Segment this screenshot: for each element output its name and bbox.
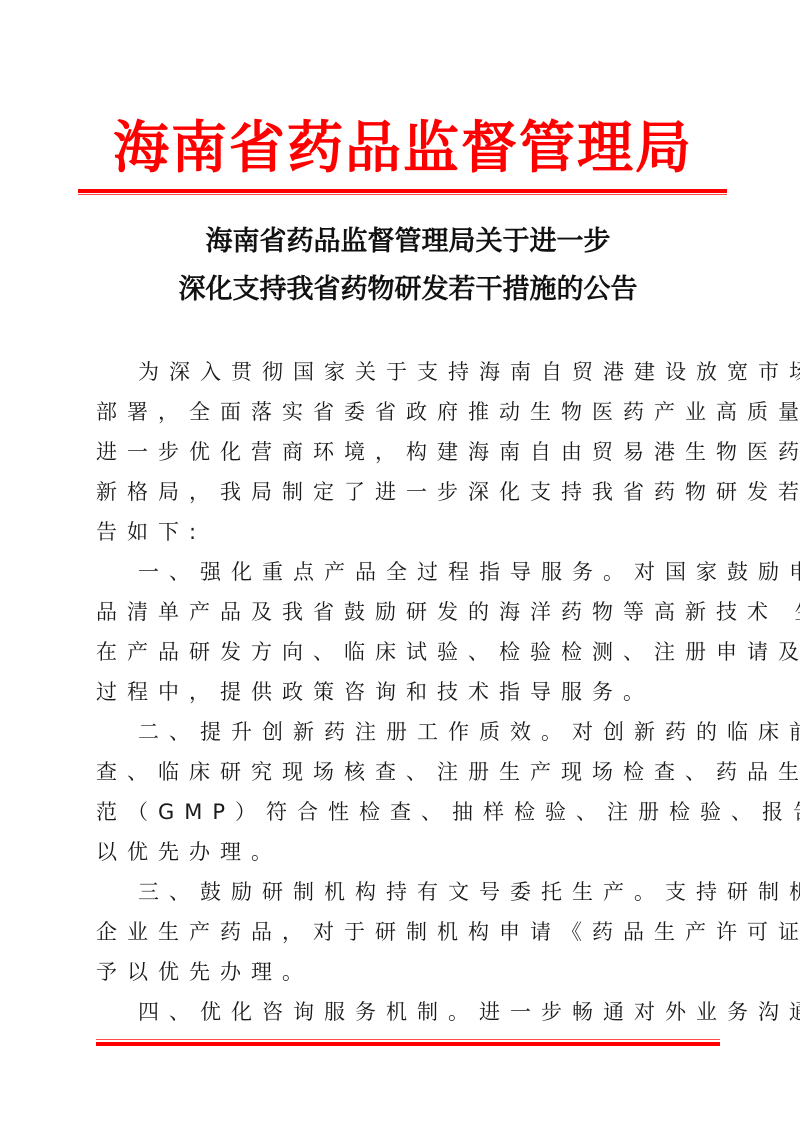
divider-thin-line: [78, 194, 727, 195]
text-line: 为深入贯彻国家关于支持海南自贸港建设放宽市场准入的决策: [96, 352, 726, 392]
masthead-title: 海南省药品监督管理局: [78, 112, 728, 184]
text-line: 一、强化重点产品全过程指导服务。对国家鼓励申报的儿童药: [96, 552, 726, 592]
document-title: 海南省药品监督管理局关于进一步 深化支持我省药物研发若干措施的公告: [96, 218, 720, 314]
text-line: 过程中，提供政策咨询和技术指导服务。: [96, 672, 726, 712]
text-line: 三、鼓励研制机构持有文号委托生产。支持研制机构委托省内: [96, 872, 726, 912]
paragraph-preamble: 为深入贯彻国家关于支持海南自贸港建设放宽市场准入的决策 部署，全面落实省委省政府…: [96, 352, 726, 552]
divider-thick-line: [78, 189, 727, 193]
text-line: 范（GMP）符合性检查、抽样检验、注册检验、报告审核等环节，予: [96, 792, 726, 832]
text-line: 告如下:: [96, 512, 726, 552]
text-line: 部署，全面落实省委省政府推动生物医药产业高质量发展的决定，: [96, 392, 726, 432]
text-line: 查、临床研究现场核查、注册生产现场检查、药品生产质量管理规: [96, 752, 726, 792]
paragraph-measure-2: 二、提升创新药注册工作质效。对创新药的临床前研究现场核 查、临床研究现场核查、注…: [96, 712, 726, 872]
document-title-line-2: 深化支持我省药物研发若干措施的公告: [96, 266, 720, 314]
document-body: 为深入贯彻国家关于支持海南自贸港建设放宽市场准入的决策 部署，全面落实省委省政府…: [96, 352, 726, 1032]
text-line: 二、提升创新药注册工作质效。对创新药的临床前研究现场核: [96, 712, 726, 752]
text-line: 四、优化咨询服务机制。进一步畅通对外业务沟通交流渠道，: [96, 992, 726, 1032]
text-line: 以优先办理。: [96, 832, 726, 872]
text-line: 品清单产品及我省鼓励研发的海洋药物等高新技术 生物医药品种，: [96, 592, 726, 632]
text-line: 在产品研发方向、临床试验、检验检测、注册申请及生产申报等全: [96, 632, 726, 672]
text-line: 予以优先办理。: [96, 952, 726, 992]
paragraph-measure-4: 四、优化咨询服务机制。进一步畅通对外业务沟通交流渠道，: [96, 992, 726, 1032]
divider-thin-line: [96, 1039, 720, 1040]
text-line: 新格局，我局制定了进一步深化支持我省药物研发若干措施，现公: [96, 472, 726, 512]
text-line: 企业生产药品，对于研制机构申请《药品生产许可证》（B 证）的，: [96, 912, 726, 952]
document-title-line-1: 海南省药品监督管理局关于进一步: [96, 218, 720, 266]
paragraph-measure-1: 一、强化重点产品全过程指导服务。对国家鼓励申报的儿童药 品清单产品及我省鼓励研发…: [96, 552, 726, 712]
text-line: 进一步优化营商环境，构建海南自由贸易港生物医药产业创新发展: [96, 432, 726, 472]
divider-thick-line: [96, 1042, 720, 1046]
paragraph-measure-3: 三、鼓励研制机构持有文号委托生产。支持研制机构委托省内 企业生产药品，对于研制机…: [96, 872, 726, 992]
footer-divider: [96, 1039, 720, 1047]
masthead-divider: [78, 189, 727, 197]
